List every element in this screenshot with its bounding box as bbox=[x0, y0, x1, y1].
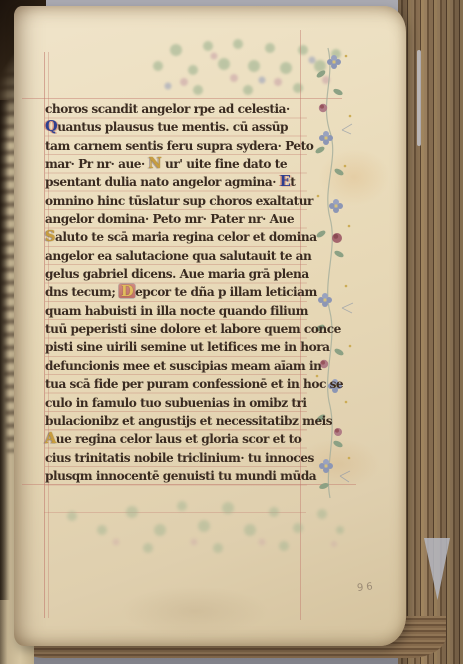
text-line: culo in famulo tuo subuenias in omibz tr… bbox=[45, 394, 307, 412]
illuminated-initial-n: N bbox=[148, 156, 161, 170]
line-text: mar· Pr nr· aue· bbox=[45, 156, 148, 171]
line-text: omnino hinc tūslatur sup choros exaltatu… bbox=[45, 193, 313, 208]
line-text: gelus gabriel dicens. Aue maria grā plen… bbox=[45, 266, 309, 281]
line-text: plusqm innocentē genuisti tu mundi mūda bbox=[45, 468, 316, 483]
line-text: culo in famulo tuo subuenias in omibz tr… bbox=[45, 395, 307, 410]
text-line: omnino hinc tūslatur sup choros exaltatu… bbox=[45, 192, 307, 210]
text-line: gelus gabriel dicens. Aue maria grā plen… bbox=[45, 265, 307, 283]
text-line: choros scandit angelor rpe ad celestia· bbox=[45, 100, 307, 118]
illuminated-initial-s: S bbox=[45, 229, 55, 243]
line-text: tam carnem sentis feru supra sydera· Pet… bbox=[45, 138, 313, 153]
text-line: bulacionibz et angustijs et necessitatib… bbox=[45, 412, 307, 430]
text-line: defuncionis mee et suscipias meam aīam i… bbox=[45, 357, 307, 375]
text-line: plusqm innocentē genuisti tu mundi mūda bbox=[45, 467, 307, 485]
line-text: t bbox=[290, 174, 295, 189]
text-block: choros scandit angelor rpe ad celestia· … bbox=[45, 100, 307, 488]
gutter-shadow bbox=[0, 100, 10, 600]
line-text: defuncionis mee et suscipias meam aīam i… bbox=[45, 358, 321, 373]
line-text: angelor domina· Peto mr· Pater nr· Aue bbox=[45, 211, 294, 226]
illuminated-initial-a: A bbox=[45, 431, 56, 445]
text-line: tua scā fide per puram confessionē et in… bbox=[45, 375, 307, 393]
folio-number: 96 bbox=[356, 581, 376, 594]
line-text: uantus plausus tue mentis. cū assūp bbox=[57, 119, 288, 134]
ruling-line-top bbox=[22, 98, 342, 99]
line-text: quam habuisti in illa nocte quando filiu… bbox=[45, 303, 308, 318]
text-line: Aue regina celor laus et gloria scor et … bbox=[45, 430, 307, 448]
text-line: mar· Pr nr· aue· N ur' uite fine dato te bbox=[45, 155, 307, 173]
line-text: pisti sine uirili semine ut letifices me… bbox=[45, 339, 330, 354]
illuminated-initial-q: Q bbox=[45, 119, 57, 133]
line-text: tuū peperisti sine dolore et labore quem… bbox=[45, 321, 341, 336]
page-gap-highlight bbox=[417, 50, 421, 146]
pen-squiggles bbox=[340, 124, 353, 482]
manuscript-photograph: choros scandit angelor rpe ad celestia· … bbox=[0, 0, 463, 664]
gold-dots bbox=[316, 55, 352, 460]
line-text: bulacionibz et angustijs et necessitatib… bbox=[45, 413, 332, 428]
line-text: cius trinitatis nobile triclinium· tu in… bbox=[45, 450, 314, 465]
text-line: pisti sine uirili semine ut letifices me… bbox=[45, 338, 307, 356]
line-text: aluto te scā maria regina celor et domin… bbox=[55, 229, 317, 244]
line-text: choros scandit angelor rpe ad celestia· bbox=[45, 101, 290, 116]
vellum-stain bbox=[120, 586, 270, 636]
line-text: tua scā fide per puram confessionē et in… bbox=[45, 376, 343, 391]
floral-border-right bbox=[312, 46, 364, 502]
text-line: quam habuisti in illa nocte quando filiu… bbox=[45, 302, 307, 320]
text-line: angelor domina· Peto mr· Pater nr· Aue bbox=[45, 210, 307, 228]
illuminated-initial-e: E bbox=[280, 174, 291, 188]
illuminated-initial-d: D bbox=[119, 284, 135, 298]
text-line: Quantus plausus tue mentis. cū assūp bbox=[45, 118, 307, 136]
text-line: tam carnem sentis feru supra sydera· Pet… bbox=[45, 137, 307, 155]
text-line: Saluto te scā maria regina celor et domi… bbox=[45, 228, 307, 246]
line-text: ue regina celor laus et gloria scor et t… bbox=[56, 431, 302, 446]
text-line: psentant dulia nato angelor agmina· Et bbox=[45, 173, 307, 191]
text-line: dns tecum; Depcor te dña p illam leticia… bbox=[45, 283, 307, 301]
line-text: epcor te dña p illam leticiam bbox=[135, 284, 317, 299]
floral-showthrough-bottom bbox=[52, 486, 348, 566]
line-text: ur' uite fine dato te bbox=[161, 156, 287, 171]
text-line: tuū peperisti sine dolore et labore quem… bbox=[45, 320, 307, 338]
line-text: dns tecum; bbox=[45, 284, 119, 299]
text-line: angelor ea salutacione qua salutauit te … bbox=[45, 247, 307, 265]
text-line: cius trinitatis nobile triclinium· tu in… bbox=[45, 449, 307, 467]
line-text: angelor ea salutacione qua salutauit te … bbox=[45, 248, 311, 263]
line-text: psentant dulia nato angelor agmina· bbox=[45, 174, 280, 189]
